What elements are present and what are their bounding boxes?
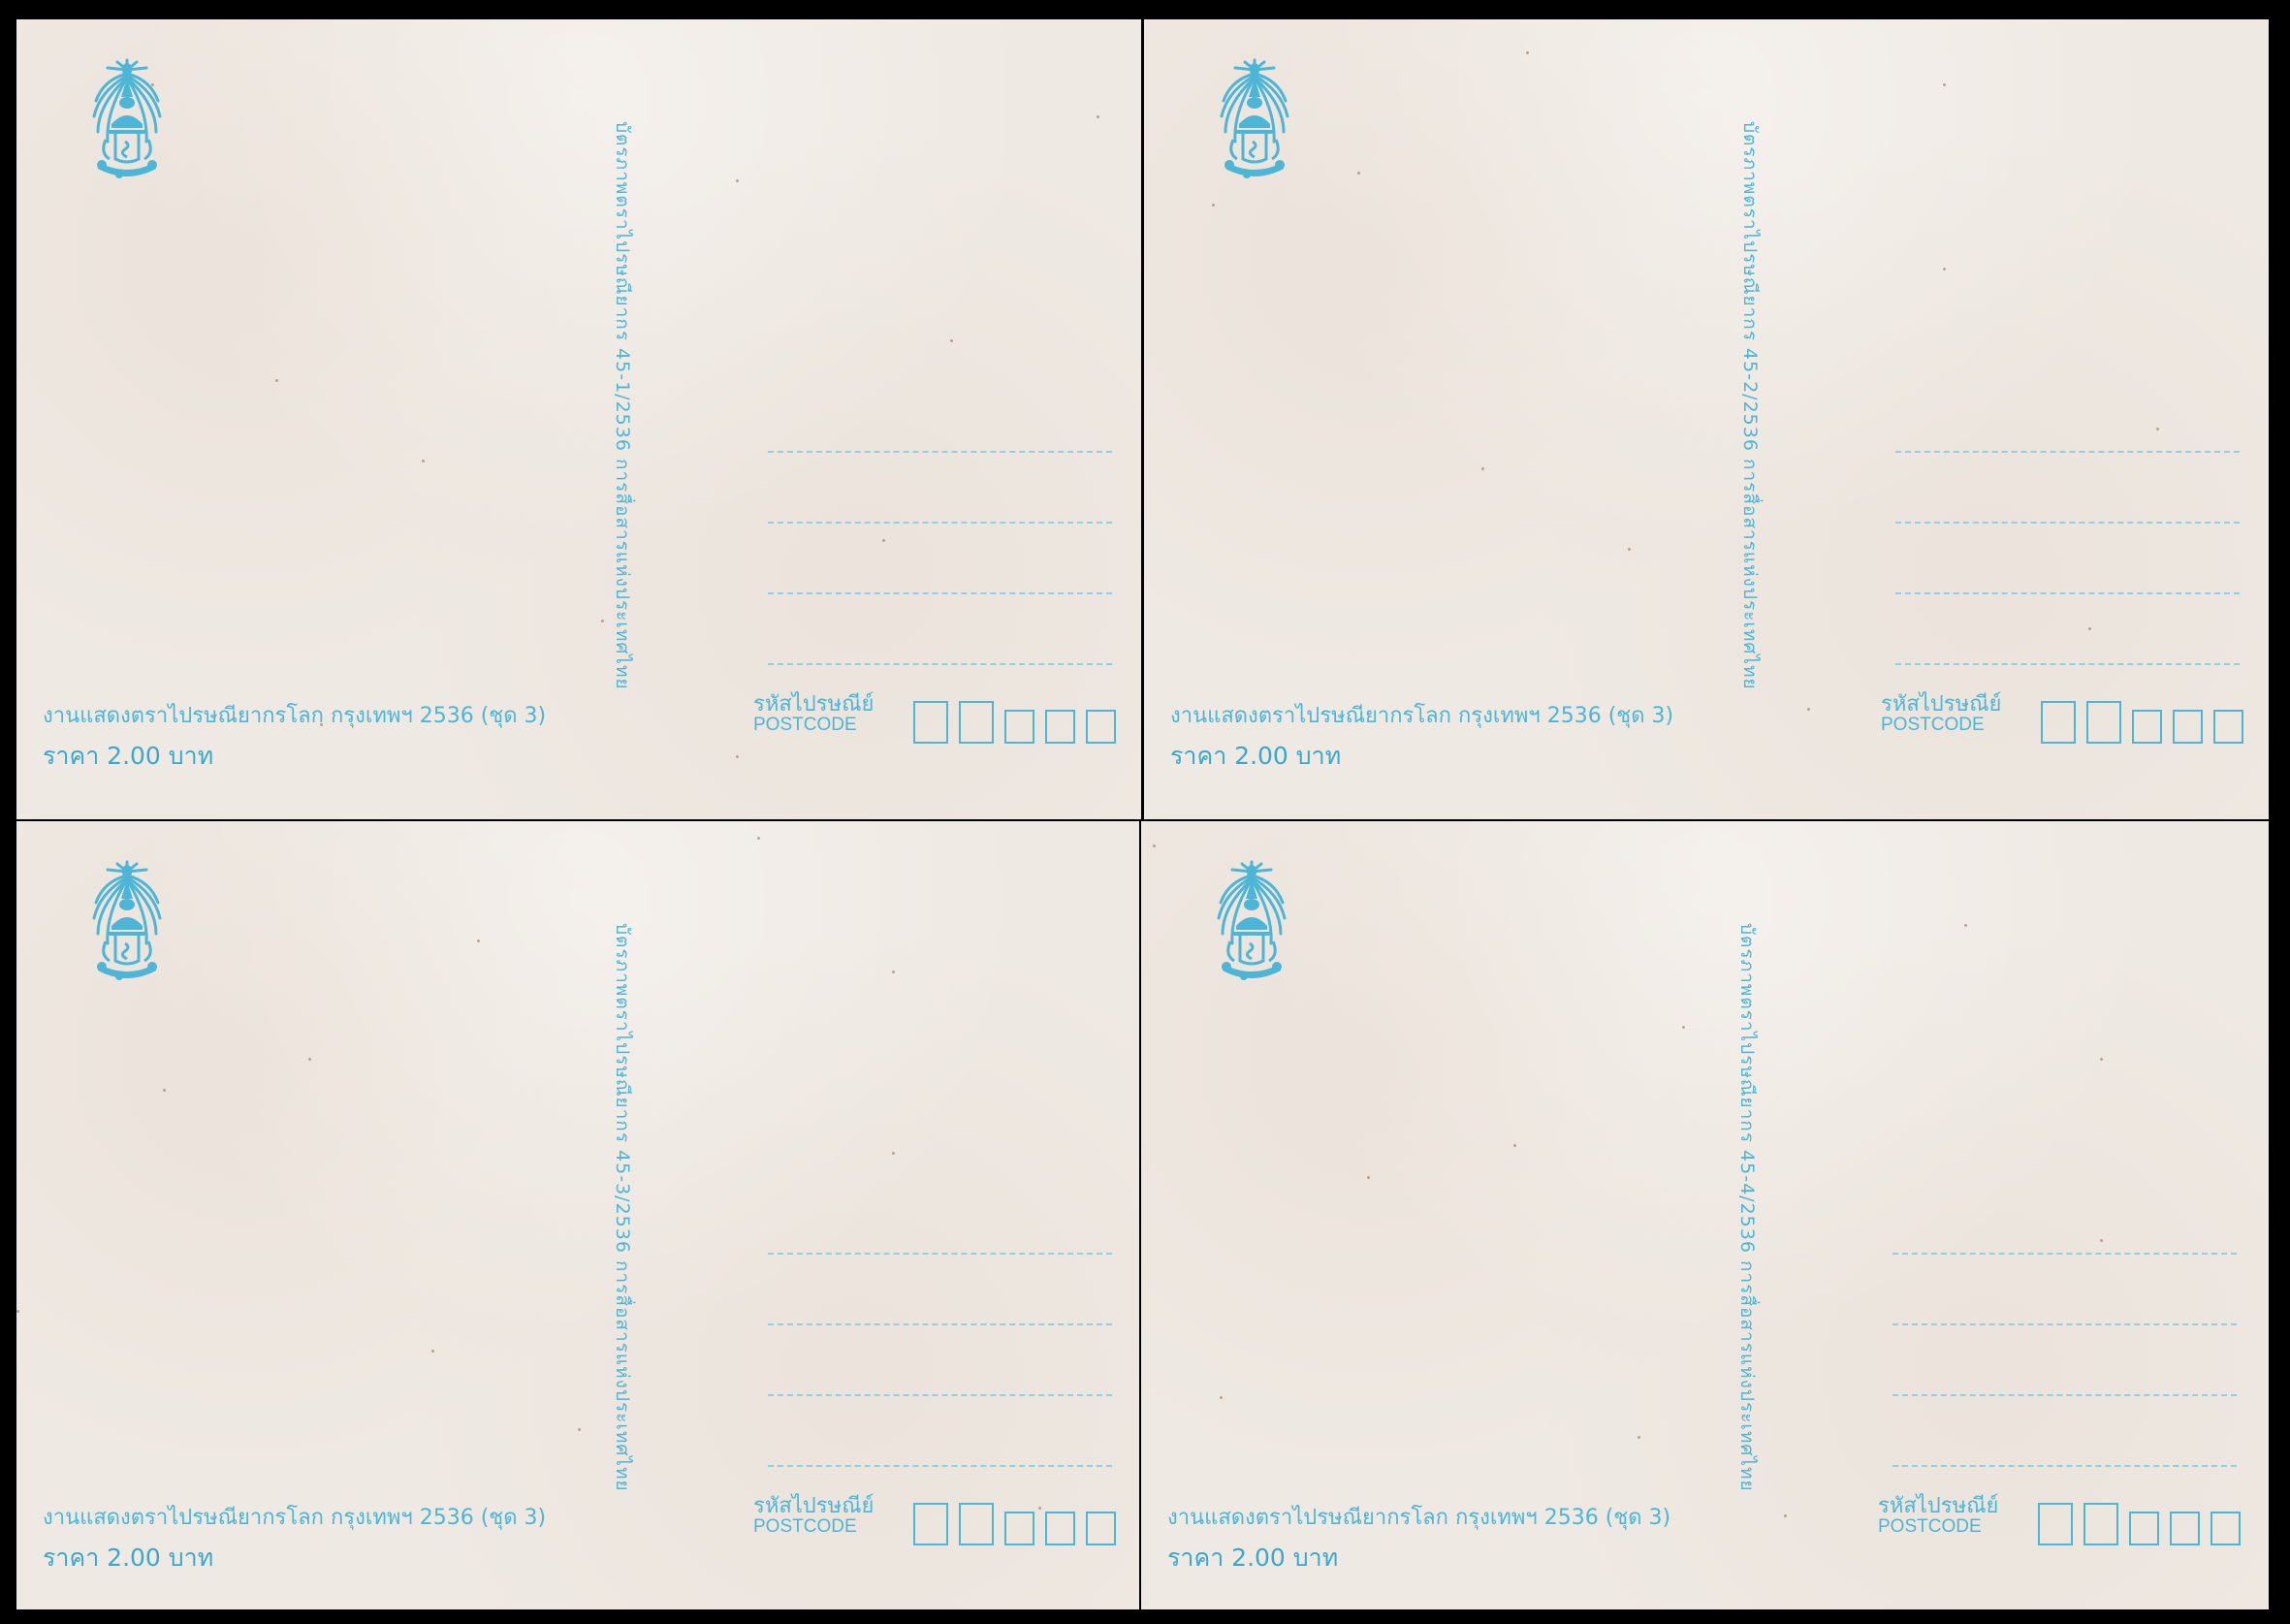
postcard-3: บัตรภาพตราไปรษณียากร 45-3/2536 การสื่อสา… (16, 821, 1139, 1609)
postcode-digit-box (2041, 701, 2076, 744)
postcode-label-thai: รหัสไปรษณีย์ (1881, 693, 2001, 716)
paper-fiber (1943, 83, 1946, 86)
paper-fiber (477, 939, 480, 942)
paper-fiber (2100, 1239, 2103, 1242)
postcode-boxes (2041, 701, 2243, 744)
address-line (768, 1323, 1112, 1325)
paper-fiber (2156, 428, 2159, 430)
card-title: งานแสดงตราไปรษณียากรโลก กรุงเทพฯ 2536 (ช… (1170, 698, 1673, 732)
paper-fiber (601, 620, 604, 622)
stationery-issue-text: บัตรภาพตราไปรษณียากร 45-2/2536 การสื่อสา… (1735, 121, 1765, 690)
address-line (1892, 1465, 2237, 1467)
paper-fiber (1513, 1144, 1516, 1147)
paper-fiber (16, 1310, 19, 1313)
paper-fiber (1964, 924, 1967, 927)
address-line (768, 1253, 1112, 1255)
address-line (768, 522, 1112, 524)
card-title: งานแสดงตราไปรษณียากรโลก กรุงเทพฯ 2536 (ช… (43, 1500, 546, 1534)
card-price: ราคา 2.00 บาท (1170, 737, 1341, 776)
postcode-digit-box (2038, 1503, 2073, 1545)
paper-fiber (892, 1152, 895, 1155)
royal-emblem-icon (1210, 56, 1299, 184)
paper-fiber (892, 971, 895, 973)
paper-fiber (1367, 1176, 1370, 1179)
address-line (1892, 1323, 2237, 1325)
postcode-label-english: POSTCODE (753, 716, 874, 735)
postcode-digit-box (1045, 1512, 1075, 1545)
paper-fiber (736, 755, 739, 758)
paper-fiber (578, 1428, 581, 1431)
paper-fiber (1526, 51, 1529, 54)
paper-fiber (1097, 115, 1099, 118)
postcard-4: บัตรภาพตราไปรษณียากร 45-4/2536 การสื่อสา… (1141, 821, 2269, 1609)
card-price: ราคา 2.00 บาท (1167, 1539, 1338, 1577)
address-line (768, 451, 1112, 453)
postcode-digit-box (1004, 710, 1034, 744)
paper-fiber (308, 1058, 311, 1061)
card-title: งานแสดงตราไปรษณียากรโลก กรุงเทพฯ 2536 (ช… (1167, 1500, 1670, 1534)
postcode-label-english: POSTCODE (1881, 716, 2001, 735)
address-line (768, 1465, 1112, 1467)
postcode-boxes (913, 1503, 1116, 1545)
postcode-digit-box (2170, 1512, 2200, 1545)
paper-fiber (1784, 1514, 1787, 1517)
postcode-label: รหัสไปรษณีย์ POSTCODE (753, 693, 874, 735)
royal-emblem-icon (1207, 858, 1296, 986)
paper-fiber (1807, 708, 1810, 711)
paper-fiber (1153, 844, 1156, 847)
paper-fiber (431, 1350, 434, 1353)
stationery-issue-text: บัตรภาพตราไปรษณียากร 45-4/2536 การสื่อสา… (1733, 923, 1762, 1492)
postcard-1: บัตรภาพตราไปรษณียากร 45-1/2536 การสื่อสา… (16, 19, 1141, 819)
card-price: ราคา 2.00 บาท (43, 737, 213, 776)
paper-fiber (2100, 1058, 2103, 1061)
paper-fiber (1638, 1436, 1640, 1439)
postcode-label-english: POSTCODE (753, 1517, 874, 1537)
royal-emblem-icon (82, 858, 172, 986)
postcode-digit-box (1004, 1512, 1034, 1545)
address-line (1892, 1394, 2237, 1396)
postcode-digit-box (913, 701, 948, 744)
paper-fiber (275, 379, 278, 382)
postcode-digit-box (2173, 710, 2203, 744)
postcode-label: รหัสไปรษณีย์ POSTCODE (753, 1495, 874, 1537)
paper-fiber (1220, 1396, 1223, 1399)
postcode-label-thai: รหัสไปรษณีย์ (753, 1495, 874, 1517)
postcard-2: บัตรภาพตราไปรษณียากร 45-2/2536 การสื่อสา… (1144, 19, 2269, 819)
address-line (1892, 1253, 2237, 1255)
royal-emblem-icon (82, 56, 172, 184)
postcode-label-thai: รหัสไปรษณีย์ (753, 693, 874, 716)
postcode-boxes (913, 701, 1116, 744)
postcode-digit-box (2210, 1512, 2241, 1545)
stationery-issue-text: บัตรภาพตราไปรษณียากร 45-1/2536 การสื่อสา… (608, 121, 637, 690)
paper-fiber (1682, 1026, 1685, 1029)
postcode-digit-box (1045, 710, 1075, 744)
postcode-digit-box (959, 701, 994, 744)
paper-fiber (1357, 172, 1360, 175)
postcode-digit-box (1086, 1512, 1116, 1545)
postcode-digit-box (2086, 701, 2121, 744)
stationery-issue-text: บัตรภาพตราไปรษณียากร 45-3/2536 การสื่อสา… (608, 923, 637, 1492)
postcode-digit-box (913, 1503, 948, 1545)
paper-fiber (1943, 268, 1946, 271)
postcode-digit-box (1086, 710, 1116, 744)
postcode-label-thai: รหัสไปรษณีย์ (1878, 1495, 1998, 1517)
paper-fiber (736, 179, 739, 182)
address-line (1895, 592, 2240, 594)
address-line (768, 663, 1112, 665)
postcode-digit-box (959, 1503, 994, 1545)
address-line (768, 1394, 1112, 1396)
postcode-digit-box (2083, 1503, 2118, 1545)
paper-fiber (1212, 204, 1215, 207)
postcode-label: รหัสไปรษณีย์ POSTCODE (1878, 1495, 1998, 1537)
postcode-digit-box (2132, 710, 2162, 744)
address-line (768, 592, 1112, 594)
postcode-label: รหัสไปรษณีย์ POSTCODE (1881, 693, 2001, 735)
paper-fiber (422, 460, 425, 462)
address-line (1895, 451, 2240, 453)
paper-fiber (1628, 548, 1631, 551)
address-line (1895, 522, 2240, 524)
paper-fiber (757, 837, 760, 840)
card-title: งานแสดงตราไปรษณียากรโลก กรุงเทพฯ 2536 (ช… (43, 698, 546, 732)
paper-fiber (950, 339, 953, 342)
postcode-label-english: POSTCODE (1878, 1517, 1998, 1537)
postcode-digit-box (2213, 710, 2243, 744)
address-line (1895, 663, 2240, 665)
postcode-boxes (2038, 1503, 2241, 1545)
paper-fiber (1481, 467, 1484, 470)
postcode-digit-box (2129, 1512, 2159, 1545)
card-price: ราคา 2.00 บาท (43, 1539, 213, 1577)
paper-fiber (163, 1089, 166, 1092)
